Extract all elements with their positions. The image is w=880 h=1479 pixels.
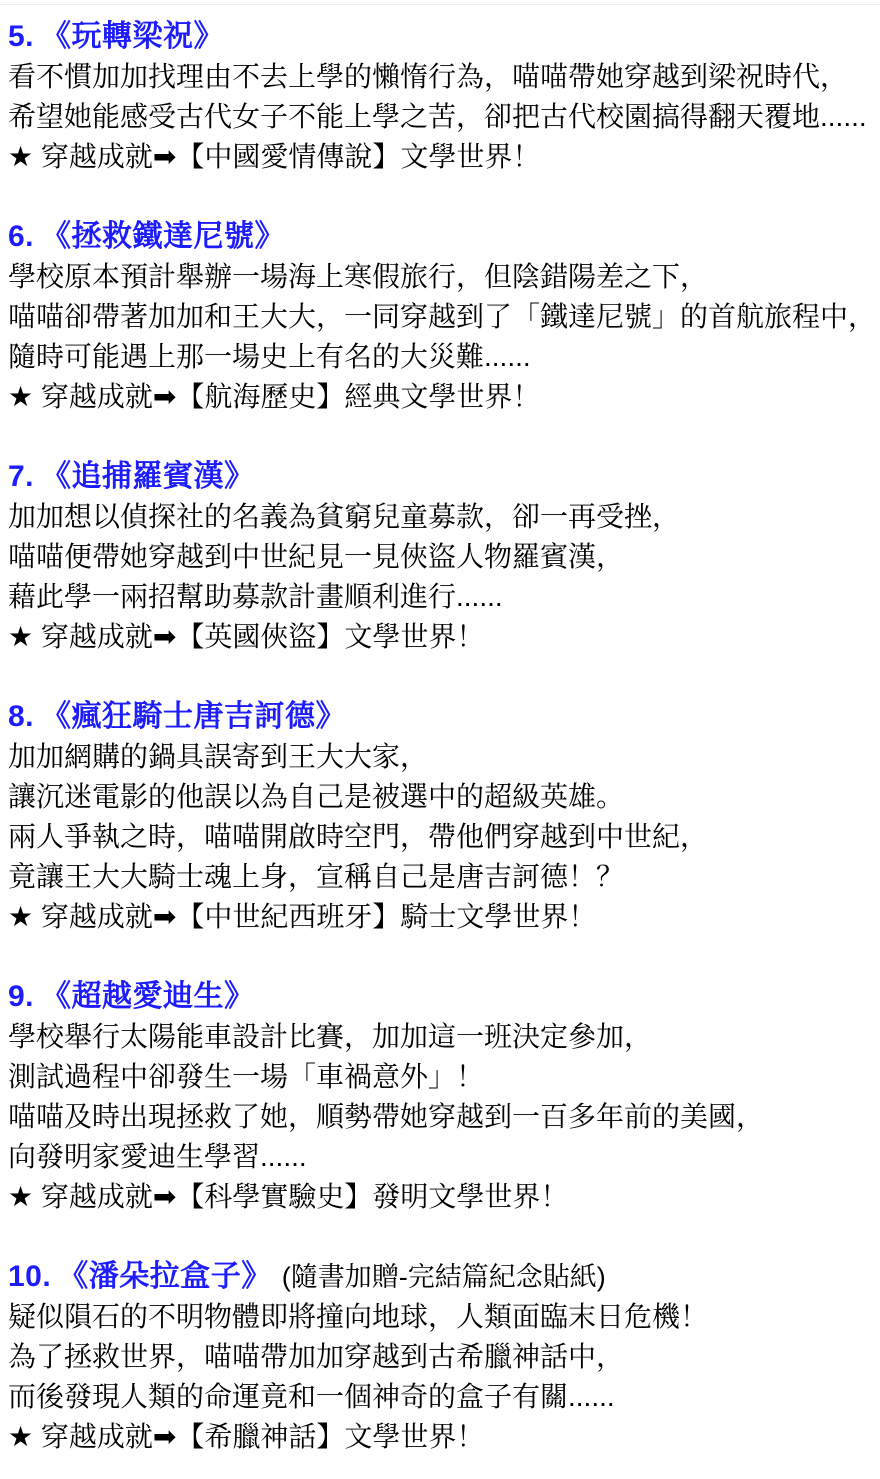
book-name: 《追捕羅賓漢》 <box>41 460 255 493</box>
book-entry-10: 10.《潘朵拉盒子》(隨書加贈-完結篇紀念貼紙) 疑似隕石的不明物體即將撞向地球… <box>8 1257 876 1457</box>
description-line: 而後發現人類的命運竟和一個神奇的盒子有關...... <box>8 1377 876 1417</box>
achievement-line: ★ 穿越成就➡【希臘神話】文學世界！ <box>8 1417 876 1457</box>
book-entry-7: 7.《追捕羅賓漢》 加加想以偵探社的名義為貧窮兒童募款，卻一再受挫， 喵喵便帶她… <box>8 457 876 657</box>
achievement-line: ★ 穿越成就➡【科學實驗史】發明文學世界！ <box>8 1177 876 1217</box>
description-line: 希望她能感受古代女子不能上學之苦，卻把古代校園搞得翻天覆地...... <box>8 97 876 137</box>
book-title: 10.《潘朵拉盒子》(隨書加贈-完結篇紀念貼紙) <box>8 1257 876 1297</box>
book-entry-5: 5.《玩轉梁祝》 看不慣加加找理由不去上學的懶惰行為，喵喵帶她穿越到梁祝時代， … <box>8 17 876 177</box>
book-number: 10. <box>8 1260 51 1293</box>
description-line: 看不慣加加找理由不去上學的懶惰行為，喵喵帶她穿越到梁祝時代， <box>8 57 876 97</box>
achievement-line: ★ 穿越成就➡【中國愛情傳說】文學世界！ <box>8 137 876 177</box>
description-line: 竟讓王大大騎士魂上身，宣稱自己是唐吉訶德！？ <box>8 857 876 897</box>
description-line: 喵喵便帶她穿越到中世紀見一見俠盜人物羅賓漢， <box>8 537 876 577</box>
description-line: 向發明家愛迪生學習...... <box>8 1137 876 1177</box>
description-line: 疑似隕石的不明物體即將撞向地球，人類面臨末日危機！ <box>8 1297 876 1337</box>
description-line: 為了拯救世界，喵喵帶加加穿越到古希臘神話中， <box>8 1337 876 1377</box>
book-number: 9. <box>8 980 34 1013</box>
book-title: 9.《超越愛迪生》 <box>8 977 876 1017</box>
book-name: 《玩轉梁祝》 <box>41 20 224 53</box>
book-name: 《潘朵拉盒子》 <box>58 1260 272 1293</box>
book-bonus-note: (隨書加贈-完結篇紀念貼紙) <box>282 1262 606 1292</box>
book-name: 《拯救鐵達尼號》 <box>41 220 285 253</box>
book-list-page: 5.《玩轉梁祝》 看不慣加加找理由不去上學的懶惰行為，喵喵帶她穿越到梁祝時代， … <box>0 5 880 1477</box>
book-entry-9: 9.《超越愛迪生》 學校舉行太陽能車設計比賽，加加這一班決定參加， 測試過程中卻… <box>8 977 876 1217</box>
book-title: 5.《玩轉梁祝》 <box>8 17 876 57</box>
book-name: 《瘋狂騎士唐吉訶德》 <box>41 700 346 733</box>
description-line: 學校原本預計舉辦一場海上寒假旅行，但陰錯陽差之下， <box>8 257 876 297</box>
book-title: 6.《拯救鐵達尼號》 <box>8 217 876 257</box>
description-line: 學校舉行太陽能車設計比賽，加加這一班決定參加， <box>8 1017 876 1057</box>
achievement-line: ★ 穿越成就➡【英國俠盜】文學世界！ <box>8 617 876 657</box>
book-number: 6. <box>8 220 34 253</box>
achievement-line: ★ 穿越成就➡【中世紀西班牙】騎士文學世界！ <box>8 897 876 937</box>
description-line: 藉此學一兩招幫助募款計畫順利進行...... <box>8 577 876 617</box>
description-line: 兩人爭執之時，喵喵開啟時空門，帶他們穿越到中世紀， <box>8 817 876 857</box>
description-line: 加加想以偵探社的名義為貧窮兒童募款，卻一再受挫， <box>8 497 876 537</box>
description-line: 隨時可能遇上那一場史上有名的大災難...... <box>8 337 876 377</box>
book-title: 8.《瘋狂騎士唐吉訶德》 <box>8 697 876 737</box>
book-entry-8: 8.《瘋狂騎士唐吉訶德》 加加網購的鍋具誤寄到王大大家， 讓沉迷電影的他誤以為自… <box>8 697 876 937</box>
achievement-line: ★ 穿越成就➡【航海歷史】經典文學世界！ <box>8 377 876 417</box>
book-name: 《超越愛迪生》 <box>41 980 255 1013</box>
description-line: 加加網購的鍋具誤寄到王大大家， <box>8 737 876 777</box>
book-number: 7. <box>8 460 34 493</box>
book-entry-6: 6.《拯救鐵達尼號》 學校原本預計舉辦一場海上寒假旅行，但陰錯陽差之下， 喵喵卻… <box>8 217 876 417</box>
book-number: 5. <box>8 20 34 53</box>
description-line: 喵喵卻帶著加加和王大大，一同穿越到了「鐵達尼號」的首航旅程中， <box>8 297 876 337</box>
description-line: 讓沉迷電影的他誤以為自己是被選中的超級英雄。 <box>8 777 876 817</box>
book-title: 7.《追捕羅賓漢》 <box>8 457 876 497</box>
description-line: 測試過程中卻發生一場「車禍意外」！ <box>8 1057 876 1097</box>
description-line: 喵喵及時出現拯救了她，順勢帶她穿越到一百多年前的美國， <box>8 1097 876 1137</box>
book-number: 8. <box>8 700 34 733</box>
